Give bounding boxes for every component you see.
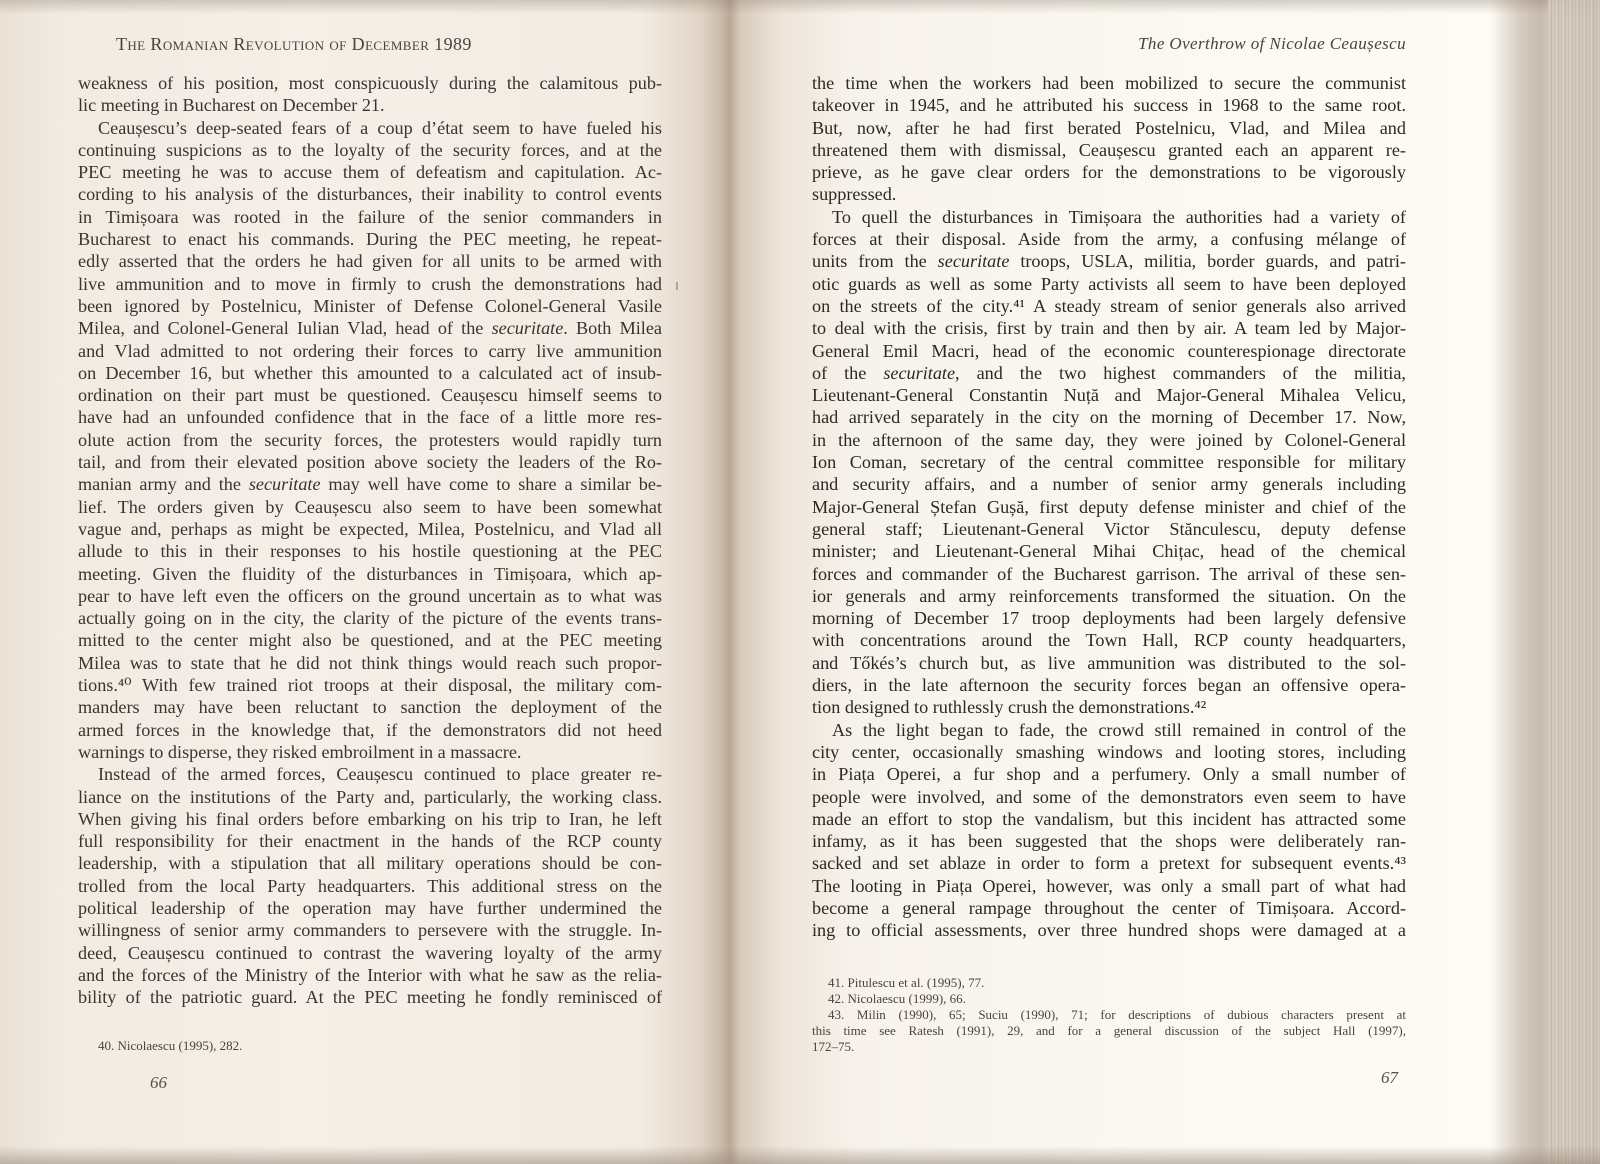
text-line: armed forces in the knowledge that, if t…	[78, 719, 662, 741]
text-line: lief. The orders given by Ceaușescu also…	[78, 496, 662, 518]
text-line: live ammunition and to move in firmly to…	[78, 273, 662, 295]
right-footnotes: 41. Pitulescu et al. (1995), 77. 42. Nic…	[812, 975, 1406, 1055]
text-line: vague and, perhaps as might be expected,…	[78, 518, 662, 540]
text-line: deed, Ceaușescu continued to contrast th…	[78, 942, 662, 964]
text-line: diers, in the late afternoon the securit…	[812, 674, 1406, 696]
text-line: ior generals and army reinforcements tra…	[812, 585, 1406, 607]
text-line: general staff; Lieutenant-General Victor…	[812, 518, 1406, 540]
text-line: full responsibility for their enactment …	[78, 830, 662, 852]
footnote-43-end: 172–75.	[812, 1039, 1406, 1055]
text-line: sacked and set ablaze in order to form a…	[812, 852, 1406, 874]
text-line: To quell the disturbances in Timișoara t…	[812, 206, 1406, 228]
text-line: cording to his analysis of the disturban…	[78, 183, 662, 205]
text-line: become a general rampage throughout the …	[812, 897, 1406, 919]
text-line: mitted to the center might also be quest…	[78, 629, 662, 651]
text-line: bility of the patriotic guard. At the PE…	[78, 986, 662, 1008]
page-number-left: 66	[150, 1073, 167, 1093]
text-line: otic guards as well as some Party activi…	[812, 273, 1406, 295]
text-line: liance on the institutions of the Party …	[78, 786, 662, 808]
text-line: General Emil Macri, head of the economic…	[812, 340, 1406, 362]
text-line: had arrived separately in the city on th…	[812, 406, 1406, 428]
text-line: edly asserted that the orders he had giv…	[78, 250, 662, 272]
left-page-body: weakness of his position, most conspicuo…	[78, 72, 662, 1008]
text-line: But, now, after he had first berated Pos…	[812, 117, 1406, 139]
text-line: meeting. Given the fluidity of the distu…	[78, 563, 662, 585]
text-line: in Piața Operei, a fur shop and a perfum…	[812, 763, 1406, 785]
text-line: continuing suspicions as to the loyalty …	[78, 139, 662, 161]
footnote-42: 42. Nicolaescu (1999), 66.	[812, 991, 1406, 1007]
footnote-40: 40. Nicolaescu (1995), 282.	[98, 1038, 662, 1054]
text-line: units from the securitate troops, USLA, …	[812, 250, 1406, 272]
text-line: in the afternoon of the same day, they w…	[812, 429, 1406, 451]
text-line: actually going on in the city, the clari…	[78, 607, 662, 629]
footnote-43: 43. Milin (1990), 65; Suciu (1990), 71; …	[812, 1007, 1406, 1023]
text-line: Lieutenant-General Constantin Nuță and M…	[812, 384, 1406, 406]
text-line: manders may have been reluctant to sanct…	[78, 696, 662, 718]
text-line: infamy, as it has been suggested that th…	[812, 830, 1406, 852]
text-line: threatened them with dismissal, Ceaușesc…	[812, 139, 1406, 161]
text-line: Ion Coman, secretary of the central comm…	[812, 451, 1406, 473]
text-line: tail, and from their elevated position a…	[78, 451, 662, 473]
left-footnotes: 40. Nicolaescu (1995), 282.	[78, 1038, 662, 1054]
text-line: The looting in Piața Operei, however, wa…	[812, 875, 1406, 897]
text-line: Ceaușescu’s deep-seated fears of a coup …	[78, 117, 662, 139]
text-line: Bucharest to enact his commands. During …	[78, 228, 662, 250]
text-line: minister; and Lieutenant-General Mihai C…	[812, 540, 1406, 562]
text-line: Milea was to state that he did not think…	[78, 652, 662, 674]
running-head-left: The Romanian Revolution of December 1989	[116, 34, 472, 55]
text-line: and the forces of the Ministry of the In…	[78, 964, 662, 986]
text-line: forces and commander of the Bucharest ga…	[812, 563, 1406, 585]
page-number-right: 67	[1381, 1068, 1398, 1088]
text-line: trolled from the local Party headquarter…	[78, 875, 662, 897]
text-line: and security affairs, and a number of se…	[812, 473, 1406, 495]
text-line: takeover in 1945, and he attributed his …	[812, 94, 1406, 116]
text-line: Major-General Ștefan Gușă, first deputy …	[812, 496, 1406, 518]
text-line: suppressed.	[812, 183, 1406, 205]
text-line: ordination on their part must be questio…	[78, 384, 662, 406]
text-line: As the light began to fade, the crowd st…	[812, 719, 1406, 741]
text-line: forces at their disposal. Aside from the…	[812, 228, 1406, 250]
text-line: warnings to disperse, they risked embroi…	[78, 741, 662, 763]
text-line: on the streets of the city.⁴¹ A steady s…	[812, 295, 1406, 317]
text-line: willingness of senior army commanders to…	[78, 919, 662, 941]
text-line: ing to official assessments, over three …	[812, 919, 1406, 941]
text-line: morning of December 17 troop deployments…	[812, 607, 1406, 629]
text-line: Instead of the armed forces, Ceaușescu c…	[78, 763, 662, 785]
text-line: Milea, and Colonel-General Iulian Vlad, …	[78, 317, 662, 339]
running-head-right: The Overthrow of Nicolae Ceaușescu	[1138, 34, 1406, 54]
text-line: and Vlad admitted to not ordering their …	[78, 340, 662, 362]
text-line: with concentrations around the Town Hall…	[812, 629, 1406, 651]
page-edges	[1548, 0, 1600, 1164]
text-line: people were involved, and some of the de…	[812, 786, 1406, 808]
text-line: When giving his final orders before emba…	[78, 808, 662, 830]
footnote-43-cont: this time see Ratesh (1991), 29, and for…	[812, 1023, 1406, 1039]
text-line: manian army and the securitate may well …	[78, 473, 662, 495]
footnote-41: 41. Pitulescu et al. (1995), 77.	[812, 975, 1406, 991]
text-line: olute action from the security forces, t…	[78, 429, 662, 451]
text-line: tions.⁴⁰ With few trained riot troops at…	[78, 674, 662, 696]
text-line: leadership, with a stipulation that all …	[78, 852, 662, 874]
text-line: pear to have left even the officers on t…	[78, 585, 662, 607]
text-line: in Timișoara was rooted in the failure o…	[78, 206, 662, 228]
text-line: and Tőkés’s church but, as live ammuniti…	[812, 652, 1406, 674]
text-line: of the securitate, and the two highest c…	[812, 362, 1406, 384]
text-line: tion designed to ruthlessly crush the de…	[812, 696, 1406, 718]
text-line: made an effort to stop the vandalism, bu…	[812, 808, 1406, 830]
text-line: city center, occasionally smashing windo…	[812, 741, 1406, 763]
book-spread: The Romanian Revolution of December 1989…	[0, 0, 1600, 1164]
text-line: the time when the workers had been mobil…	[812, 72, 1406, 94]
text-line: have had an unfounded confidence that in…	[78, 406, 662, 428]
text-line: political leadership of the operation ma…	[78, 897, 662, 919]
text-line: weakness of his position, most conspicuo…	[78, 72, 662, 94]
text-line: allude to this in their responses to his…	[78, 540, 662, 562]
text-line: on December 16, but whether this amounte…	[78, 362, 662, 384]
text-line: been ignored by Postelnicu, Minister of …	[78, 295, 662, 317]
text-line: PEC meeting he was to accuse them of def…	[78, 161, 662, 183]
margin-mark	[676, 282, 678, 290]
text-line: lic meeting in Bucharest on December 21.	[78, 94, 662, 116]
right-page-body: the time when the workers had been mobil…	[812, 72, 1406, 942]
text-line: prieve, as he gave clear orders for the …	[812, 161, 1406, 183]
text-line: to deal with the crisis, first by train …	[812, 317, 1406, 339]
